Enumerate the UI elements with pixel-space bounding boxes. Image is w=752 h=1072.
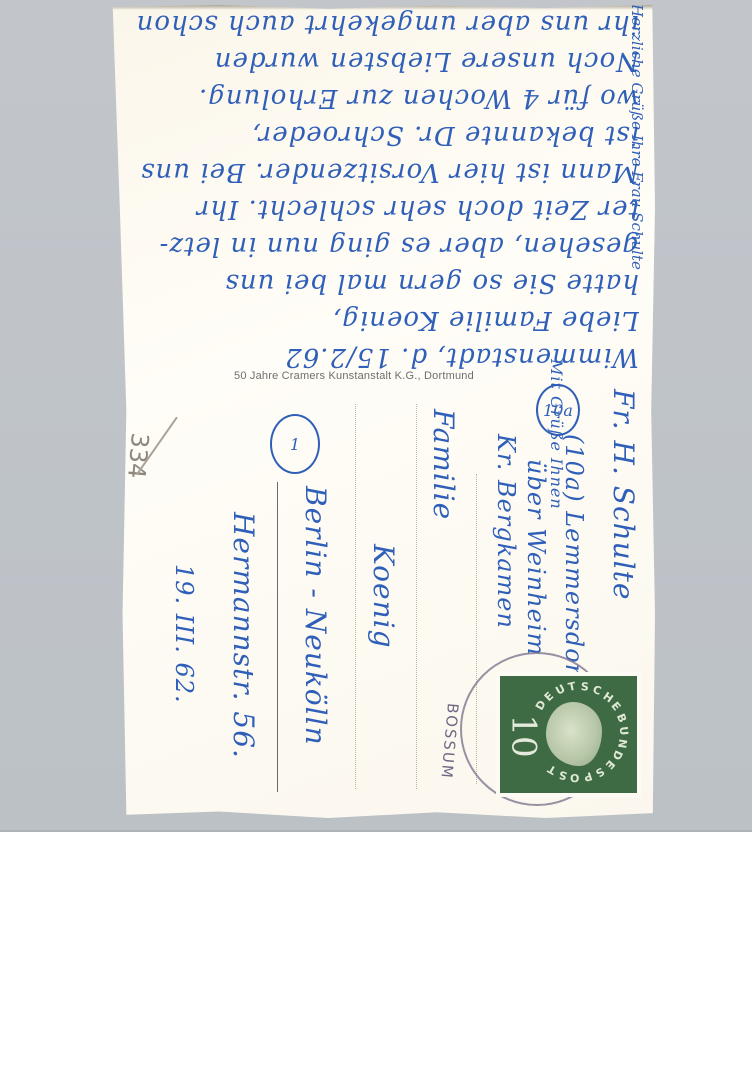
recipient-postcode: 1 bbox=[290, 435, 300, 454]
stamp-value: 10 bbox=[504, 714, 544, 757]
recipient-address-line: Koenig bbox=[367, 544, 400, 649]
recipient-city-underline bbox=[277, 482, 278, 792]
recipient-address-line: Berlin - Neukölln bbox=[299, 486, 332, 746]
postmark-text: BOSSUM bbox=[437, 702, 462, 780]
address-divider bbox=[355, 404, 356, 789]
message-line: ter Zeit doch sehr schlecht. Ihr bbox=[136, 190, 639, 227]
sender-address-line: Fr. H. Schulte bbox=[607, 389, 640, 600]
date-note: 19. III. 62. bbox=[170, 564, 198, 704]
sender-postcode-circle: 10a bbox=[536, 384, 580, 436]
sender-address-line: (10a) Lemmersdorf bbox=[560, 434, 588, 686]
handwritten-message: Wimmenstadt, d. 15/2.62 Liebe Familie Ko… bbox=[130, 8, 645, 383]
postage-stamp: DEUTSCHEBUNDESPOST 10 bbox=[496, 672, 641, 797]
address-line bbox=[416, 404, 417, 789]
recipient-postcode-circle: 1 bbox=[270, 414, 320, 474]
sender-postcode: 10a bbox=[543, 401, 573, 420]
message-line: Liebe Familie Koenig, bbox=[136, 301, 639, 338]
recipient-address-line: Hermannstr. 56. bbox=[227, 512, 260, 759]
message-line: ist bekannte Dr. Schroeder, bbox=[136, 116, 639, 153]
margin-greeting: Herzliche Grüße Ihre Frau Schulte bbox=[616, 4, 646, 384]
message-line: wo für 4 Wochen zur Erholung. bbox=[136, 79, 639, 116]
recipient-address-line: Familie bbox=[427, 409, 460, 520]
postcard: Wimmenstadt, d. 15/2.62 Liebe Familie Ko… bbox=[110, 4, 655, 818]
publisher-imprint: 50 Jahre Cramers Kunstanstalt K.G., Dort… bbox=[234, 370, 474, 382]
message-line: Mann ist hier Vorsitzender. Bei uns bbox=[136, 153, 639, 190]
message-line: gesehen, aber es ging nun in letz- bbox=[136, 227, 639, 264]
message-line: Noch unsere Liebsten wurden bbox=[136, 42, 639, 79]
sender-address-line: Kr. Bergkamen bbox=[492, 434, 520, 629]
message-line: hatte Sie so gern mal bei uns bbox=[136, 264, 639, 301]
sender-address-line: über Weinheim bbox=[522, 459, 550, 656]
message-line: ihr uns aber umgekehrt auch schon. bbox=[136, 5, 639, 42]
stamp-face: DEUTSCHEBUNDESPOST 10 bbox=[500, 676, 637, 793]
